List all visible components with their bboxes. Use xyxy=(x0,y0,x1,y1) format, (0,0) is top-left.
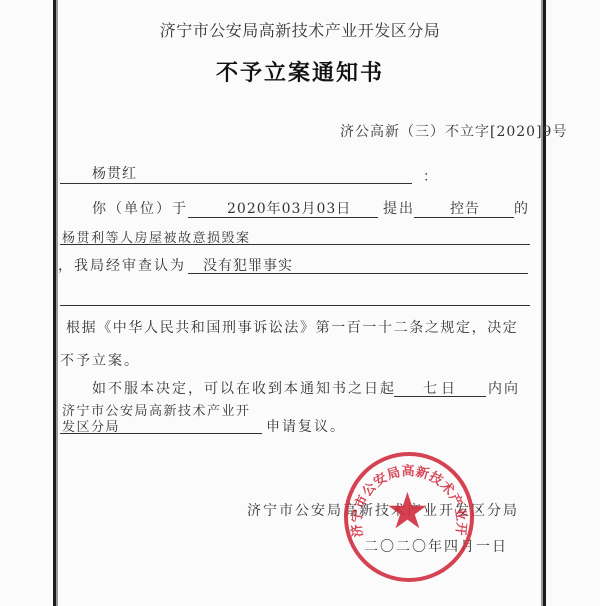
left-border-line xyxy=(53,0,56,606)
date-underline xyxy=(188,217,378,218)
finding: 没有犯罪事实 xyxy=(203,255,293,275)
appeal-request: 申请复议。 xyxy=(266,416,346,436)
filing-type-underline xyxy=(414,217,514,218)
filed-suffix: 的 xyxy=(514,198,530,218)
filed-mid: 提出 xyxy=(383,198,415,218)
appeal-period-underline xyxy=(394,396,486,397)
org-header: 济宁市公安局高新技术产业开发区分局 xyxy=(0,18,600,41)
document-number: 济公高新（三）不立字[2020]9号 xyxy=(340,121,567,141)
filed-prefix: 你（单位）于 xyxy=(92,198,188,218)
recipient-name: 杨贯红 xyxy=(92,163,137,183)
legal-basis-line1: 根据《中华人民共和国刑事诉讼法》第一百一十二条之规定，决定 xyxy=(66,317,518,337)
appeal-org-underline xyxy=(60,433,262,434)
right-border-line xyxy=(543,0,546,606)
official-seal: 济宁市公安局高新技术产业开发区分局 ★ xyxy=(344,452,474,582)
star-icon: ★ xyxy=(385,486,430,536)
case-name-underline xyxy=(60,244,530,245)
finding-underline xyxy=(188,273,528,274)
blank-underline xyxy=(60,305,530,306)
recipient-underline xyxy=(60,183,412,184)
appeal-period: 七日 xyxy=(423,378,459,398)
recipient-colon: ： xyxy=(423,166,439,186)
date-filed: 2020年03月03日 xyxy=(227,198,351,218)
finding-prefix: ，我局经审查认为 xyxy=(58,255,186,275)
filing-type: 控告 xyxy=(450,198,480,218)
appeal-prefix: 如不服本决定，可以在收到本通知书之日起 xyxy=(92,378,396,398)
appeal-suffix: 内向 xyxy=(488,378,520,398)
document-title: 不予立案通知书 xyxy=(0,56,600,87)
legal-basis-line2: 不予立案。 xyxy=(60,350,140,370)
